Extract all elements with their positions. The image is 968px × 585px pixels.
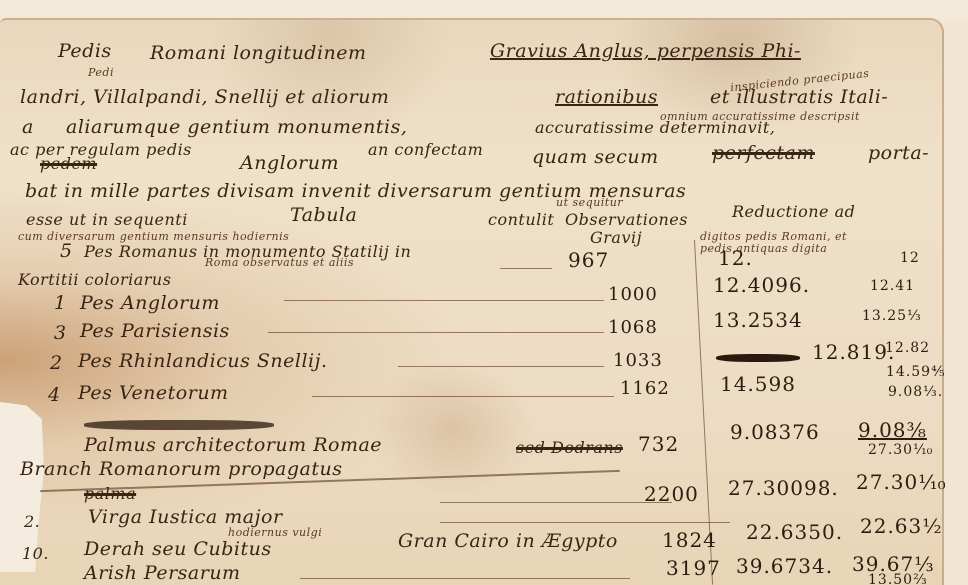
row-index: 2: [50, 352, 63, 374]
row-value: 732: [638, 432, 679, 456]
row-leader: [440, 502, 672, 503]
superscript-pedi: Pedi: [88, 66, 114, 79]
row-reduction: 27.30098.: [728, 476, 839, 500]
insert-omnium: omnium accuratissime descripsit: [660, 110, 860, 123]
header-gravij: Gravij: [590, 228, 642, 247]
row-reduction: 9.08376: [730, 420, 820, 444]
text-line-7d: ut sequitur: [556, 196, 623, 209]
row-rounded: 27.30⅒: [856, 470, 947, 494]
row-label: Pes Parisiensis: [80, 320, 230, 342]
row-reduction: 12.: [718, 246, 753, 270]
row-label: Derah seu Cubitus: [84, 538, 272, 560]
row-rounded: 22.63½: [860, 514, 943, 538]
row-reduction: 13.2534: [713, 308, 803, 332]
row-value: 2200: [644, 482, 699, 506]
row-rounded-alt: 9.08⅓.: [888, 384, 943, 400]
row-rounded: 13.50⅔: [868, 572, 928, 585]
row-rounded: 14.59⅘: [886, 364, 946, 380]
row-index: 5: [60, 240, 73, 262]
row-leader: [398, 366, 604, 367]
row-value: 1033: [613, 350, 663, 371]
row-rounded: 27.30⅒: [868, 442, 933, 458]
row-index: 3: [54, 322, 67, 344]
row-label: Virga Iustica major: [88, 506, 283, 528]
row-leader: [312, 396, 614, 397]
header-reductione: Reductione ad: [732, 202, 855, 221]
text-line-2b: rationibus: [555, 86, 658, 108]
text-line-5e: porta-: [868, 142, 929, 164]
row-leader: [500, 268, 552, 269]
text-line-7a: esse ut in sequenti: [26, 210, 188, 229]
text-line-5b: Anglorum: [240, 152, 339, 174]
text-line-7b: Tabula: [290, 204, 357, 226]
row-reduction: 22.6350.: [746, 520, 843, 544]
row-reduction: 12.819.: [812, 340, 895, 364]
row-reduction: 39.6734.: [736, 554, 833, 578]
row-index: 10.: [22, 544, 49, 563]
row-label-2: Roma observatus et aliis: [205, 256, 354, 269]
row-index: 4: [48, 384, 61, 406]
text-line-4b: an confectam: [368, 140, 483, 159]
row-leader: [300, 578, 630, 579]
row-rounded: 9.08⅜: [858, 418, 927, 442]
row-label: Pes Venetorum: [78, 382, 229, 404]
row-rounded: 12: [900, 250, 920, 266]
text-line-4a: ac per regulam pedis: [10, 140, 192, 159]
row-leader: [284, 300, 604, 301]
row-value: 3197: [666, 556, 721, 580]
struck-number: [716, 354, 800, 362]
struck-perfectam: perfectam: [712, 142, 815, 164]
row-index: 1: [54, 292, 67, 314]
struck-scribble: [84, 420, 274, 430]
row-label: Kortitii coloriarus: [18, 270, 171, 289]
text-line-1b: Romani longitudinem: [150, 42, 367, 64]
text-line-3a: a: [22, 116, 34, 138]
text-line-1a: Pedis: [58, 40, 112, 62]
row-rounded: 13.25⅓: [862, 308, 922, 324]
text-line-1c: Gravius Anglus, perpensis Phi-: [490, 40, 801, 62]
row-value: 1000: [608, 284, 658, 305]
text-line-5c: quam secum: [532, 146, 659, 168]
row-label: Branch Romanorum propagatus: [20, 458, 342, 480]
row-reduction: 12.4096.: [713, 273, 810, 297]
row-leader: [440, 522, 730, 523]
row-label-super: hodiernus vulgi: [228, 526, 322, 539]
text-line-2c: et illustratis Itali-: [710, 86, 888, 108]
struck-pedem: pedem: [40, 154, 97, 173]
text-line-2a: landri, Villalpandi, Snellij et aliorum: [20, 86, 389, 108]
row-value: 1162: [620, 378, 670, 399]
row-value: 1068: [608, 317, 658, 338]
row-label: Palmus architectorum Romae: [84, 434, 382, 456]
row-rounded: 12.82: [885, 340, 930, 356]
text-line-3b: aliarumque gentium monumentis,: [66, 116, 407, 138]
row-value: 967: [568, 248, 609, 272]
row-label-2: Gran Cairo in Ægypto: [398, 530, 618, 552]
text-line-7c: contulit: [488, 210, 554, 229]
row-index: 2.: [24, 512, 40, 531]
row-reduction: 14.598: [720, 372, 796, 396]
row-value: 1824: [662, 528, 717, 552]
row-label: Arish Persarum: [84, 562, 241, 584]
struck-palma: palma: [84, 484, 136, 503]
row-label: Pes Anglorum: [80, 292, 220, 314]
row-label: Pes Rhinlandicus Snellij.: [78, 350, 328, 372]
row-rounded: 12.41: [870, 278, 915, 294]
header-observationes: Observationes: [565, 210, 688, 229]
struck-sed-dodrans: sed Dodrans: [516, 438, 623, 457]
row-leader: [268, 332, 604, 333]
